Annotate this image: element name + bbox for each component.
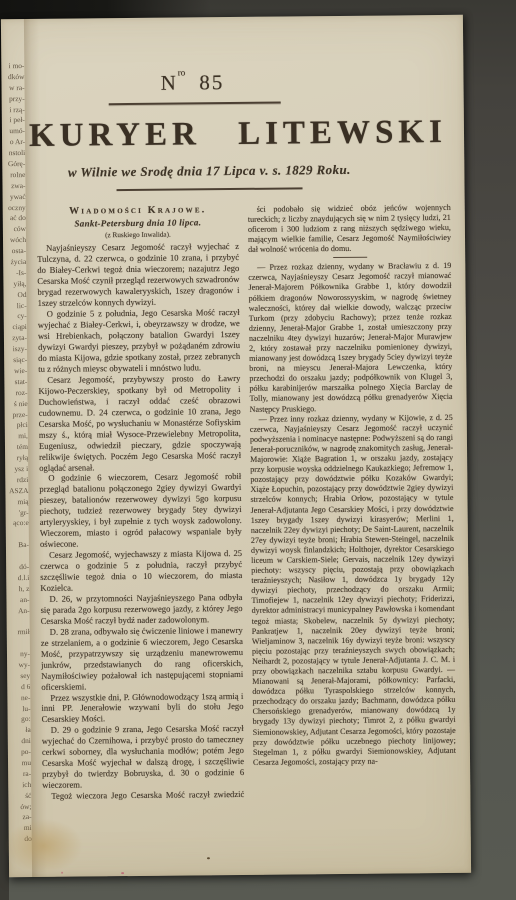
gutter-fragment: lu- [7, 704, 30, 715]
gutter-fragment: Od [3, 290, 26, 301]
gutter-fragment: rmił [7, 627, 30, 638]
news-paragraph: — Przez rozkaz dzienny, wydany w Bracław… [248, 261, 452, 414]
gutter-fragment: lic- [4, 301, 27, 312]
gutter-fragment: ASZA [5, 486, 28, 497]
gutter-fragment: ła [8, 725, 31, 736]
news-paragraph: D. 28 zrana, odbywało się ćwiczenie lini… [41, 625, 244, 693]
ink-speck [207, 857, 210, 859]
gutter-fragment: i rzą- [2, 105, 25, 116]
right-column: ści podobało się widzieć obóz jeńców woj… [248, 203, 457, 813]
gutter-fragment: zyta- [4, 333, 27, 344]
gutter-fragment: cy- [4, 311, 27, 322]
news-paragraph: D. 26, w przytomności Nayjaśnieyszego Pa… [40, 592, 242, 627]
gutter-fragment: mu [8, 758, 31, 769]
gutter-fragment: yiłą, [3, 279, 26, 290]
gutter-fragment: ich [8, 780, 31, 791]
gutter-fragment: sey [7, 671, 30, 682]
gutter-fragment: osta- [3, 246, 26, 257]
gutter-fragment: Ba- [6, 540, 29, 551]
right-column-intro: ści podobało się widzieć obóz jeńców woj… [248, 203, 451, 255]
masthead: Nro85 KURYER LITEWSKI w Wilnie we Srodę … [35, 15, 451, 192]
gutter-fragment: d 6 [7, 682, 30, 693]
right-column-orders: — Przez rozkaz dzienny, wydany w Bracław… [248, 261, 456, 768]
dateline: w Wilnie we Srodę dnia 17 Lipca v. s. 18… [2, 161, 416, 181]
gutter-fragment: życia [3, 257, 26, 268]
section-heading: Wiadomości Krajowe. [37, 205, 239, 218]
gutter-fragment: ra- [8, 769, 31, 780]
gutter-fragment [6, 529, 29, 540]
newspaper-page: i mo-dkóww ra-przy-i rzą-i peł-umó-o Ar-… [1, 15, 471, 877]
gutter-fragment: dó- [6, 562, 29, 573]
gutter-fragment: an- [6, 595, 29, 606]
gutter-fragment: wie- [4, 366, 27, 377]
news-paragraph: O godzinie 5 z południa, Jego Cesarska M… [38, 307, 241, 375]
masthead-rule-top [109, 102, 281, 106]
newspaper-title: KURYER LITEWSKI [29, 114, 443, 155]
left-column: Wiadomości Krajowe. Sankt-Petersburg dni… [37, 205, 245, 803]
pink-speck [121, 872, 124, 874]
gutter-fragment: ryłą [5, 453, 28, 464]
gutter-fragment: wóch [3, 235, 26, 246]
gutter-fragment: płci [5, 420, 28, 431]
gutter-fragment: mią [5, 497, 28, 508]
gutter-fragment: d.l.i [6, 573, 29, 584]
news-paragraph: Tegoż wieczora Jego Cesarska Mość raczył… [42, 789, 244, 802]
gutter-fragment: iszy- [4, 344, 27, 355]
gutter-fragment: ąco:e [6, 518, 29, 529]
gutter-fragment: stat- [4, 377, 27, 388]
gutter-fragment: o Ar- [2, 137, 25, 148]
paragraph-divider-rule [333, 257, 367, 259]
issue-number-line: Nro85 [0, 65, 400, 97]
page-content: Nro85 KURYER LITEWSKI w Wilnie we Srodę … [35, 15, 457, 877]
section-header: Wiadomości Krajowe. Sankt-Petersburg dni… [37, 205, 239, 242]
gutter-fragment: wy- [7, 660, 30, 671]
gutter-fragment: ców [3, 224, 26, 235]
gutter-fragment: prze- [5, 409, 28, 420]
news-paragraph: Nayjaśnieyszy Cesarz Jegomość raczył wyj… [37, 241, 240, 309]
gutter-fragment: ne- [7, 693, 30, 704]
news-paragraph: Cesarz Jegomość, wyjechawszy z miasta Ki… [40, 548, 242, 594]
gutter-fragment: nstoli [2, 148, 25, 159]
news-paragraph: O godzinie 6 wieczorem, Cesarz Jegomość … [39, 471, 242, 550]
gutter-fragment: zwa- [2, 181, 25, 192]
issue-prefix: N [161, 71, 178, 95]
gutter-fragment: ś nie [5, 399, 28, 410]
gutter-fragment: umó- [2, 126, 25, 137]
gutter-fragment: ny- [7, 649, 30, 660]
gutter-fragment: An- [7, 606, 30, 617]
gutter-fragment: roz- [4, 388, 27, 399]
gutter-fragment: ywać [3, 192, 26, 203]
gutter-fragment: dni [8, 736, 31, 747]
gutter-fragment: ów; [8, 802, 31, 813]
gutter-fragment: -Is- [3, 268, 26, 279]
gutter-fragment: ysz i [5, 464, 28, 475]
gutter-fragment: ść [8, 791, 31, 802]
pink-speck [61, 872, 63, 874]
gutter-fragment: po- [8, 747, 31, 758]
gutter-fragment [7, 638, 30, 649]
left-column-paragraphs: Nayjaśnieyszy Cesarz Jegomość raczył wyj… [37, 241, 244, 802]
gutter-fragment: ać do [3, 213, 26, 224]
news-paragraph: — Przez inny rozkaz dzienny, wydany w Ki… [250, 413, 456, 768]
gutter-fragment: ciąpi [4, 322, 27, 333]
issue-number: 85 [199, 70, 224, 94]
news-paragraph: Cesarz Jegomość, przybywszy prosto do Ła… [38, 373, 241, 474]
news-paragraph: Przez wszystkie dni, P. Głównodowodzący … [41, 690, 243, 725]
gutter-fragment: i peł- [2, 115, 25, 126]
gutter-fragment [6, 551, 29, 562]
issue-superscript: ro [178, 67, 186, 77]
text-columns: Wiadomości Krajowe. Sankt-Petersburg dni… [37, 203, 457, 815]
gutter-fragment: siąc- [4, 355, 27, 366]
gutter-fragment: h, z [6, 584, 29, 595]
section-dateline: Sankt-Petersburg dnia 10 lipca. [37, 217, 239, 230]
section-source-note: (z Ruskiego Inwalida). [37, 228, 239, 241]
gutter-fragment: rdzi [5, 475, 28, 486]
gutter-fragment: oczny [3, 203, 26, 214]
gutter-fragment: go: [8, 714, 31, 725]
masthead-rule-bottom [117, 187, 303, 190]
news-paragraph: ści podobało się widzieć obóz jeńców woj… [248, 203, 451, 255]
gutter-fragment [7, 616, 30, 627]
news-paragraph: D. 29 o godzinie 9 zrana, Jego Cesarska … [42, 723, 245, 791]
gutter-fragment: 'gr- [6, 508, 29, 519]
gutter-fragment: tém [5, 442, 28, 453]
gutter-fragment: mi, [5, 431, 28, 442]
